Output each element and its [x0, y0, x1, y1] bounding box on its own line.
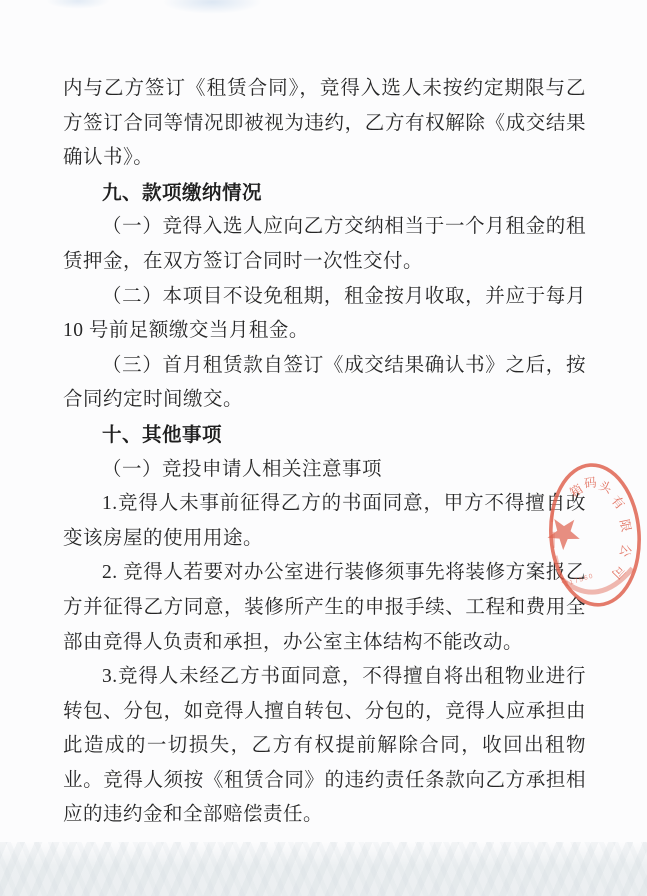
paragraph-first-rent: （三）首月租赁款自签订《成交结果确认书》之后，按合同约定时间缴交。 [63, 349, 586, 418]
paragraph-rent-payment: （二）本项目不设免租期，租金按月收取，并应于每月 10 号前足额缴交当月租金。 [63, 280, 586, 349]
scan-artifact-smudge [46, 0, 110, 9]
svg-text:公: 公 [617, 543, 634, 559]
scan-artifact-smudge [162, 0, 262, 14]
scanned-document-page: 内与乙方签订《租赁合同》，竞得入选人未按约定期限与乙方签订合同等情况即被视为违约… [0, 0, 647, 896]
paragraph-renovation: 2. 竞得人若要对办公室进行装修须事先将装修方案报乙方并征得乙方同意，装修所产生… [63, 556, 586, 660]
section-heading-nine: 九、款项缴纳情况 [63, 176, 586, 211]
paragraph-bidder-notes: （一）竞投申请人相关注意事项 [63, 453, 586, 488]
paragraph-deposit: （一）竞得入选人应向乙方交纳相当于一个月租金的租赁押金，在双方签订合同时一次性交… [63, 210, 586, 279]
svg-text:有: 有 [608, 493, 627, 512]
document-text-column: 内与乙方签订《租赁合同》，竞得入选人未按约定期限与乙方签订合同等情况即被视为违约… [63, 72, 586, 833]
svg-text:头: 头 [597, 478, 615, 497]
paragraph-continuation: 内与乙方签订《租赁合同》，竞得入选人未按约定期限与乙方签订合同等情况即被视为违约… [63, 72, 586, 176]
paragraph-usage-change: 1.竞得人未事前征得乙方的书面同意，甲方不得擅自改变该房屋的使用用途。 [63, 487, 586, 556]
section-heading-ten: 十、其他事项 [63, 418, 586, 453]
svg-text:司: 司 [609, 563, 628, 582]
scan-bottom-shadow [0, 842, 647, 896]
paragraph-subletting: 3.竞得人未经乙方书面同意，不得擅自将出租物业进行转包、分包，如竞得人擅自转包、… [63, 660, 586, 833]
svg-text:限: 限 [617, 518, 633, 534]
